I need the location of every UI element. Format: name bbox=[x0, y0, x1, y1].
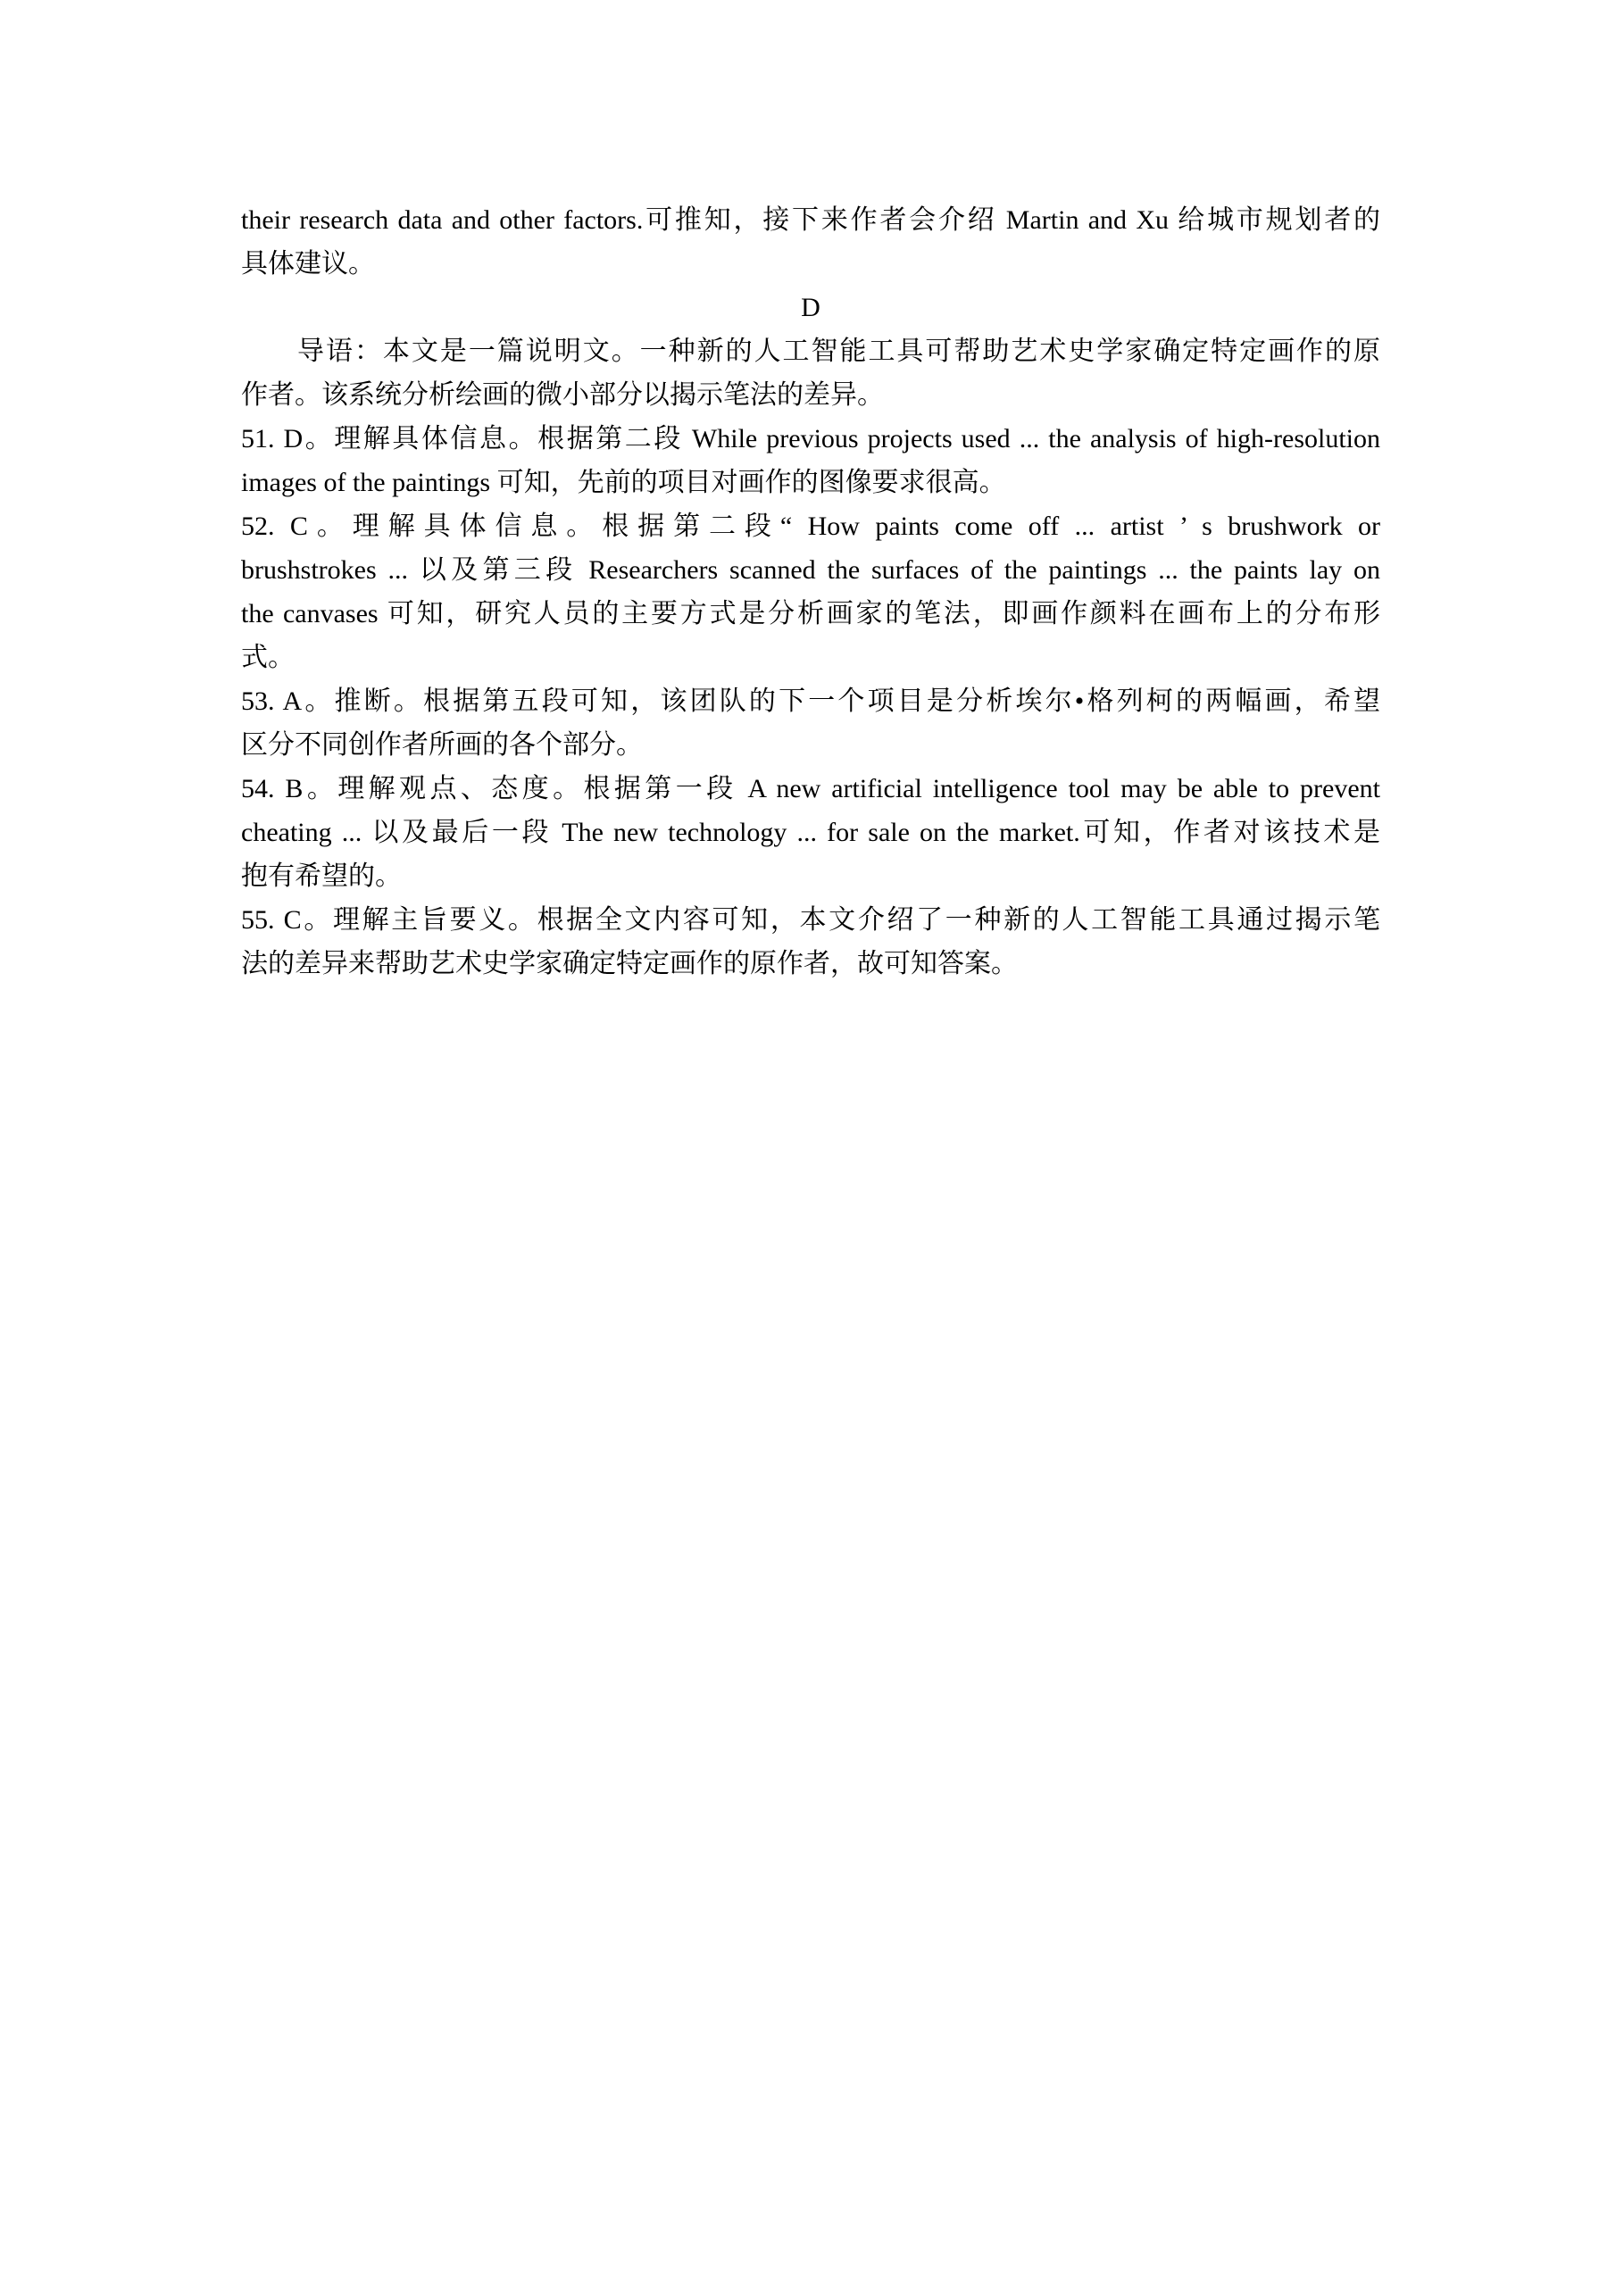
intro-daoyu-line-1: 导语：本文是一篇说明文。一种新的人工智能工具可帮助艺术史学家确定特定画作的原 bbox=[241, 329, 1380, 373]
document-page: their research data and other factors.可推… bbox=[0, 0, 1624, 2296]
answer-key-text-block: their research data and other factors.可推… bbox=[241, 198, 1380, 986]
intro-daoyu-line-2: 作者。该系统分析绘画的微小部分以揭示笔法的差异。 bbox=[241, 373, 1380, 417]
answer-54-line-1: 54. B。理解观点、态度。根据第一段 A new artificial int… bbox=[241, 767, 1380, 811]
answer-51-line-2: images of the paintings 可知，先前的项目对画作的图像要求… bbox=[241, 461, 1380, 504]
paragraph-martin-xu-line-1: their research data and other factors.可推… bbox=[241, 198, 1380, 242]
answer-52-line-4: 式。 bbox=[241, 636, 1380, 679]
answer-55-line-2: 法的差异来帮助艺术史学家确定特定画作的原作者，故可知答案。 bbox=[241, 942, 1380, 986]
answer-52-line-2: brushstrokes ... 以及第三段 Researchers scann… bbox=[241, 548, 1380, 592]
answer-52-line-1: 52. C。理解具体信息。根据第二段“ How paints come off … bbox=[241, 504, 1380, 548]
answer-53-line-1: 53. A。推断。根据第五段可知，该团队的下一个项目是分析埃尔•格列柯的两幅画，… bbox=[241, 679, 1380, 723]
answer-55-line-1: 55. C。理解主旨要义。根据全文内容可知，本文介绍了一种新的人工智能工具通过揭… bbox=[241, 898, 1380, 942]
answer-53-line-2: 区分不同创作者所画的各个部分。 bbox=[241, 723, 1380, 767]
answer-54-line-2: cheating ... 以及最后一段 The new technology .… bbox=[241, 811, 1380, 854]
answer-52-line-3: the canvases 可知，研究人员的主要方式是分析画家的笔法，即画作颜料在… bbox=[241, 592, 1380, 636]
paragraph-martin-xu-line-2: 具体建议。 bbox=[241, 242, 1380, 286]
answer-54-line-3: 抱有希望的。 bbox=[241, 854, 1380, 898]
answer-51-line-1: 51. D。理解具体信息。根据第二段 While previous projec… bbox=[241, 417, 1380, 461]
section-d-heading: D bbox=[241, 286, 1380, 329]
